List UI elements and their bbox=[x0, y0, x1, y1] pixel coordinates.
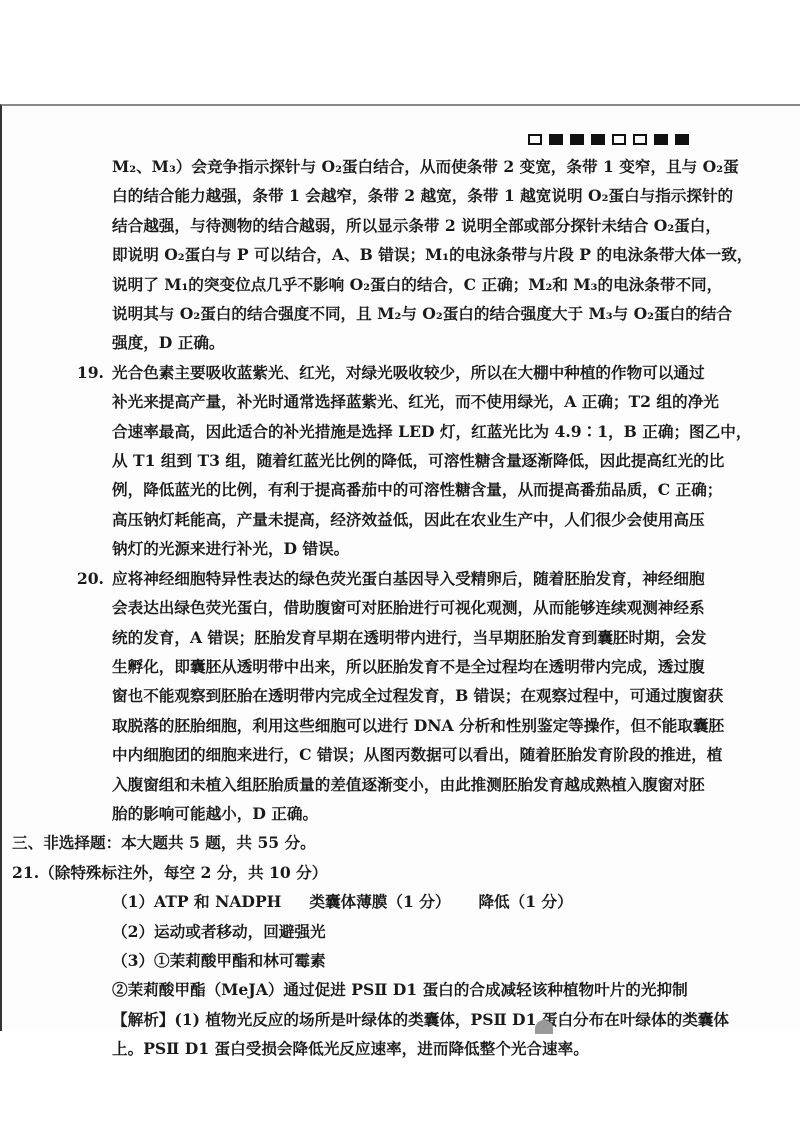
text-line: 结合越强，与待测物的结合越弱，所以显示条带 2 说明全部或部分探针未结合 O₂蛋… bbox=[112, 211, 712, 240]
mark-filled bbox=[591, 134, 605, 145]
text-line: 统的发育，A 错误；胚胎发育早期在透明带内进行，当早期胚胎发育到囊胚时期，会发 bbox=[112, 623, 712, 652]
text-line: 从 T1 组到 T3 组，随着红蓝光比例的降低，可溶性糖含量逐渐降低，因此提高红… bbox=[112, 446, 712, 475]
q21-answer: 21.（除特殊标注外，每空 2 分，共 10 分） （1）ATP 和 NADPH… bbox=[112, 858, 712, 1064]
text-line: 胎的影响可能越小，D 正确。 bbox=[112, 799, 712, 828]
analysis-line: 【解析】(1) 植物光反应的场所是叶绿体的类囊体，PSⅡ D1 蛋白分布在叶绿体… bbox=[112, 1005, 712, 1034]
text-line: 白的结合能力越强，条带 1 会越窄，条带 2 越宽，条带 1 越宽说明 O₂蛋白… bbox=[112, 181, 712, 210]
mark-filled bbox=[654, 134, 668, 145]
q18-continued: M₂、M₃）会竞争指示探针与 O₂蛋白结合，从而使条带 2 变宽，条带 1 变窄… bbox=[112, 152, 712, 358]
text-line: 说明其与 O₂蛋白的结合强度不同，且 M₂与 O₂蛋白的结合强度大于 M₃与 O… bbox=[112, 299, 712, 328]
mark-empty bbox=[528, 134, 542, 145]
text-line: 说明了 M₁的突变位点几乎不影响 O₂蛋白的结合，C 正确；M₂和 M₃的电泳条… bbox=[112, 270, 712, 299]
watermark bbox=[535, 1020, 553, 1034]
answer-1-part-c: 降低（1 分） bbox=[478, 892, 572, 911]
section-title: 三、非选择题：本大题共 5 题，共 55 分。 bbox=[12, 828, 712, 857]
text-line: 即说明 O₂蛋白与 P 可以结合，A、B 错误；M₁的电泳条带与片段 P 的电泳… bbox=[112, 240, 712, 269]
answer-1-part-a: （1）ATP 和 NADPH bbox=[112, 892, 281, 911]
answer-3-2: ②茉莉酸甲酯（MeJA）通过促进 PSⅡ D1 蛋白的合成减轻该种植物叶片的光抑… bbox=[112, 975, 712, 1004]
text-line: 取脱落的胚胎细胞，利用这些细胞可以进行 DNA 分析和性别鉴定等操作，但不能取囊… bbox=[112, 711, 712, 740]
question-header: 21.（除特殊标注外，每空 2 分，共 10 分） bbox=[12, 858, 712, 887]
mark-empty bbox=[633, 134, 647, 145]
analysis-line: 上。PSⅡ D1 蛋白受损会降低光反应速率，进而降低整个光合速率。 bbox=[112, 1034, 712, 1063]
text-line: 钠灯的光源来进行补光，D 错误。 bbox=[112, 534, 712, 563]
mark-filled bbox=[570, 134, 584, 145]
header-marks bbox=[528, 134, 689, 145]
answer-2: （2）运动或者移动，回避强光 bbox=[112, 917, 712, 946]
text-line: 入腹窗组和未植入组胚胎质量的差值逐渐变小，由此推测胚胎发育越成熟植入腹窗对胚 bbox=[112, 770, 712, 799]
text-line: M₂、M₃）会竞争指示探针与 O₂蛋白结合，从而使条带 2 变宽，条带 1 变窄… bbox=[112, 152, 712, 181]
answer-1-part-b: 类囊体薄膜（1 分） bbox=[309, 892, 450, 911]
mark-empty bbox=[612, 134, 626, 145]
text-line: 会表达出绿色荧光蛋白，借助腹窗可对胚胎进行可视化观测，从而能够连续观测神经系 bbox=[112, 593, 712, 622]
text-line: 补光来提高产量，补光时通常选择蓝紫光、红光，而不使用绿光，A 正确；T2 组的净… bbox=[112, 387, 712, 416]
answer-1: （1）ATP 和 NADPH类囊体薄膜（1 分）降低（1 分） bbox=[112, 887, 712, 916]
document-content: M₂、M₃）会竞争指示探针与 O₂蛋白结合，从而使条带 2 变宽，条带 1 变窄… bbox=[112, 152, 712, 1064]
q20-answer: 20. 应将神经细胞特异性表达的绿色荧光蛋白基因导入受精卵后，随着胚胎发育，神经… bbox=[112, 564, 712, 829]
text-line: 生孵化，即囊胚从透明带中出来，所以胚胎发育不是全过程均在透明带内完成，透过腹 bbox=[112, 652, 712, 681]
q19-answer: 19. 光合色素主要吸收蓝紫光、红光，对绿光吸收较少，所以在大棚中种植的作物可以… bbox=[112, 358, 712, 564]
text-line: 例，降低蓝光的比例，有利于提高番茄中的可溶性糖含量，从而提高番茄品质，C 正确； bbox=[112, 475, 712, 504]
text-line: 高压钠灯耗能高，产量未提高，经济效益低，因此在农业生产中，人们很少会使用高压 bbox=[112, 505, 712, 534]
watermark-icon bbox=[535, 1020, 553, 1034]
text-line: 中内细胞团的细胞来进行，C 错误；从图丙数据可以看出，随着胚胎发育阶段的推进，植 bbox=[112, 740, 712, 769]
question-number: 19. bbox=[12, 358, 104, 387]
section-3: 三、非选择题：本大题共 5 题，共 55 分。 bbox=[112, 828, 712, 857]
question-number: 20. bbox=[12, 564, 104, 593]
text-line: 强度，D 正确。 bbox=[112, 328, 712, 357]
text-line: 应将神经细胞特异性表达的绿色荧光蛋白基因导入受精卵后，随着胚胎发育，神经细胞 bbox=[112, 564, 712, 593]
mark-filled bbox=[549, 134, 563, 145]
answer-3-1: （3）①茉莉酸甲酯和林可霉素 bbox=[112, 946, 712, 975]
text-line: 窗也不能观察到胚胎在透明带内完成全过程发育，B 错误；在观察过程中，可通过腹窗获 bbox=[112, 681, 712, 710]
text-line: 合速率最高，因此适合的补光措施是选择 LED 灯，红蓝光比为 4.9∶1，B 正… bbox=[112, 417, 712, 446]
text-line: 光合色素主要吸收蓝紫光、红光，对绿光吸收较少，所以在大棚中种植的作物可以通过 bbox=[112, 358, 712, 387]
mark-filled bbox=[675, 134, 689, 145]
